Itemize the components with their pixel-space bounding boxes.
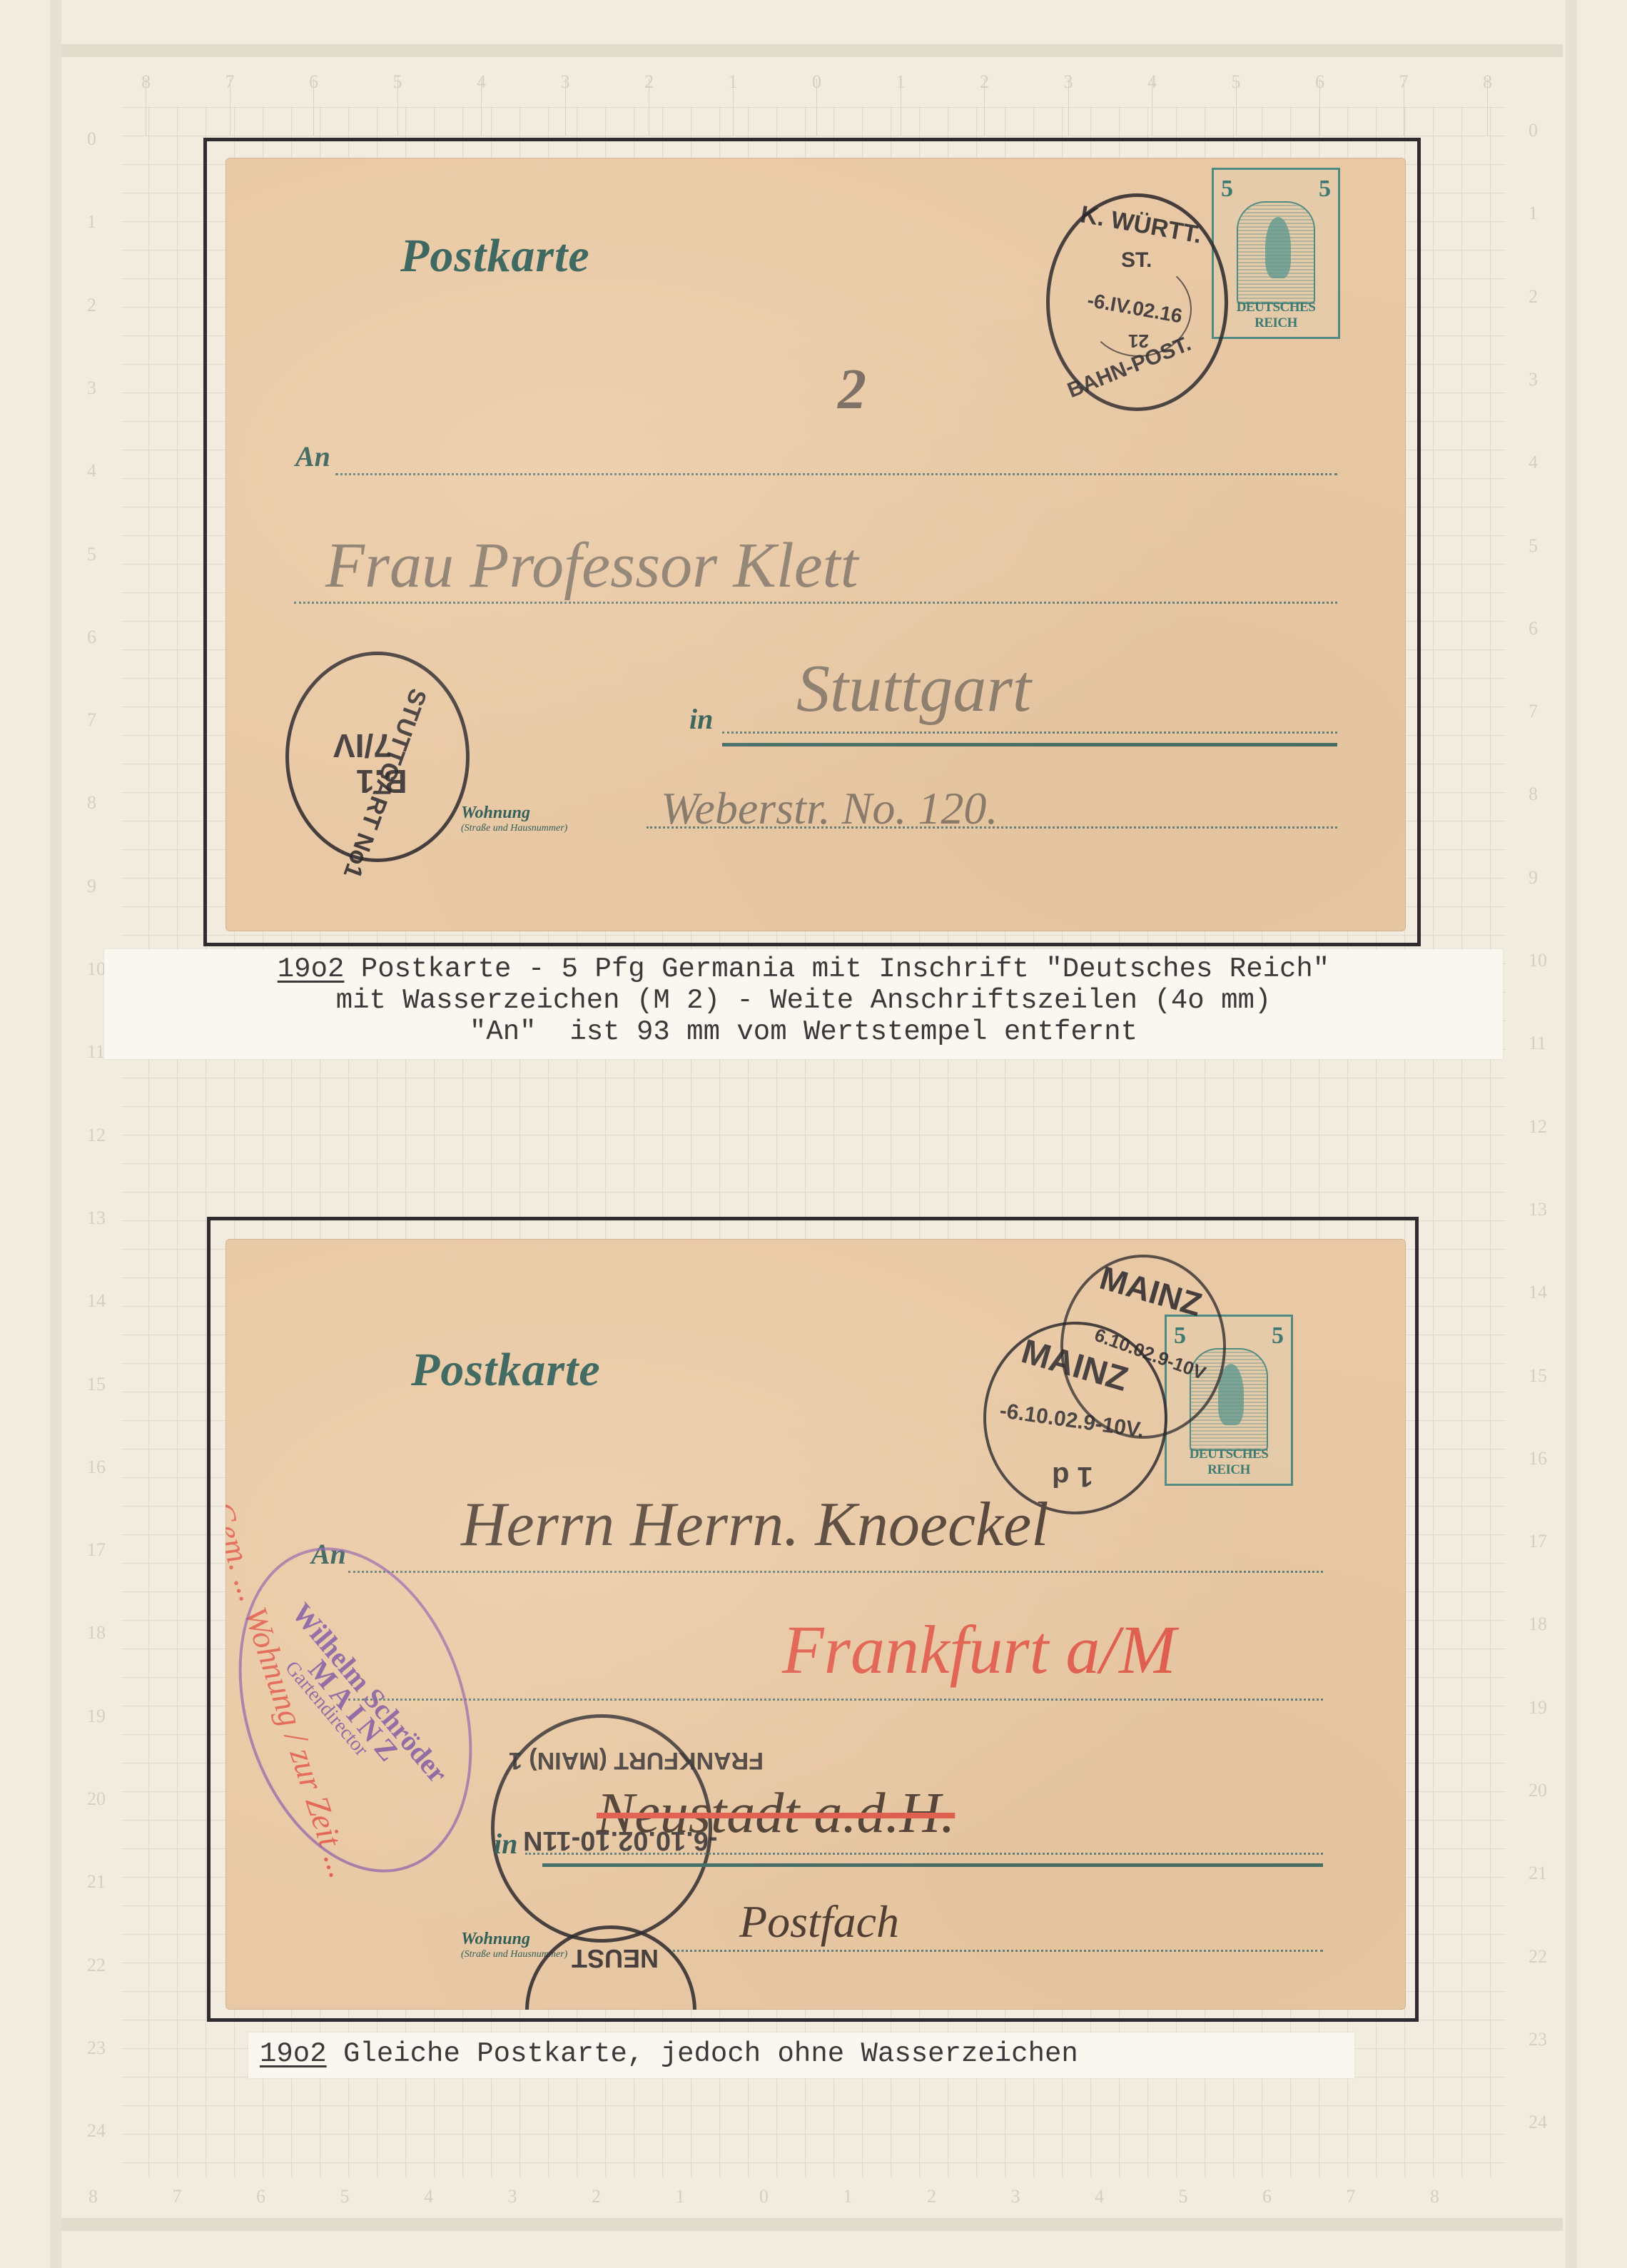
ruler-tick	[1068, 79, 1069, 136]
stamp-value-right: 5	[1319, 176, 1331, 203]
ruler-left-label: 8	[87, 792, 96, 814]
ruler-tick	[481, 79, 482, 136]
stamp-value-right: 5	[1272, 1322, 1284, 1350]
address-line-2	[294, 602, 1337, 604]
page-fold-top	[50, 44, 1563, 57]
ruler-tick	[313, 79, 314, 136]
ruler-bottom-label: 8	[1430, 2186, 1439, 2207]
page-fold-bottom	[50, 2218, 1563, 2231]
ruler-right-label: 23	[1529, 2029, 1547, 2050]
ruler-tick	[901, 79, 901, 136]
ruler-bottom-label: 0	[759, 2186, 769, 2207]
ruler-left-label: 4	[87, 460, 96, 482]
ruler-tick	[1404, 79, 1404, 136]
ruler-left-label: 19	[87, 1706, 106, 1727]
caption-2-year: 19o2	[260, 2038, 327, 2070]
ruler-right-label: 24	[1529, 2112, 1547, 2133]
ruler-left-label: 12	[87, 1125, 106, 1146]
postmark-stuttgart: 7/IV B.1 STUTTGART No1	[285, 652, 470, 862]
ruler-right-label: 8	[1529, 784, 1538, 805]
ruler-right-label: 10	[1529, 950, 1547, 971]
address-line-2	[348, 1699, 1323, 1701]
label-in: in	[494, 1827, 517, 1861]
address-street: Weberstr. No. 120.	[661, 782, 998, 835]
ruler-left-label: 21	[87, 1871, 106, 1893]
ruler-bottom-label: 6	[256, 2186, 265, 2207]
ruler-left-label: 0	[87, 128, 96, 150]
ruler-right-label: 2	[1529, 286, 1538, 308]
ruler-left-label: 3	[87, 378, 96, 399]
ruler-tick	[1152, 79, 1152, 136]
ruler-left-label: 2	[87, 295, 96, 316]
ruler-right-label: 22	[1529, 1946, 1547, 1968]
ruler-right-label: 3	[1529, 369, 1538, 390]
ruler-left-label: 9	[87, 876, 96, 897]
ruler-bottom-label: 6	[1262, 2186, 1272, 2207]
ruler-right-label: 6	[1529, 618, 1538, 639]
label-in: in	[689, 702, 713, 736]
ruler-right-label: 19	[1529, 1697, 1547, 1718]
germania-portrait-icon	[1237, 201, 1315, 304]
page-fold-left	[50, 0, 61, 2268]
ruler-bottom-label: 4	[1095, 2186, 1104, 2207]
ruler-tick	[816, 79, 817, 136]
ruler-right-label: 14	[1529, 1282, 1547, 1303]
ruler-bottom-label: 3	[1011, 2186, 1020, 2207]
postcard-title: Postkarte	[411, 1343, 601, 1397]
ruler-bottom-label: 5	[340, 2186, 350, 2207]
ruler-left-label: 14	[87, 1290, 106, 1312]
caption-1-year: 19o2	[278, 953, 345, 985]
postcard-1: Postkarte 5 5 DEUTSCHES REICH K. WÜRTT. …	[225, 158, 1406, 931]
label-wohnung: Wohnung (Straße und Hausnummer)	[461, 804, 567, 834]
ruler-left-label: 11	[87, 1041, 105, 1063]
label-an: An	[295, 440, 330, 473]
ruler-tick	[1319, 79, 1320, 136]
address-line-1	[348, 1571, 1323, 1573]
ruler-bottom-label: 2	[927, 2186, 936, 2207]
ruler-left-label: 22	[87, 1955, 106, 1976]
ruler-right-label: 20	[1529, 1780, 1547, 1801]
page-fold-right	[1566, 0, 1577, 2268]
address-redirect-red: Frankfurt a/M	[782, 1610, 1176, 1689]
ruler-bottom-label: 5	[1179, 2186, 1188, 2207]
address-line-1	[335, 473, 1337, 475]
pencil-number-mark: 2	[838, 358, 866, 422]
ruler-left-label: 13	[87, 1208, 106, 1229]
ruler-tick	[1236, 79, 1237, 136]
ruler-bottom-label: 1	[676, 2186, 685, 2207]
ruler-right-label: 7	[1529, 701, 1538, 722]
ruler-tick	[984, 79, 985, 136]
ruler-left-label: 24	[87, 2120, 106, 2142]
sender-handstamp: Wilhelm Schröder Gartendirector MAINZ	[225, 1517, 512, 1903]
ruler-right-label: 9	[1529, 867, 1538, 889]
ruler-tick	[146, 79, 146, 136]
ruler-bottom-label: 2	[592, 2186, 601, 2207]
address-postfach: Postfach	[739, 1895, 899, 1948]
ruler-bottom-label: 1	[843, 2186, 853, 2207]
ruler-right-label: 21	[1529, 1863, 1547, 1884]
ruler-right-label: 1	[1529, 203, 1538, 224]
ruler-left-label: 10	[87, 958, 106, 980]
ruler-left-label: 20	[87, 1788, 106, 1810]
ruler-left-label: 1	[87, 211, 96, 233]
ruler-bottom-label: 7	[1347, 2186, 1356, 2207]
ruler-left-label: 16	[87, 1457, 106, 1478]
caption-1-line-3: "An" ist 93 mm vom Wertstempel entfernt	[104, 1016, 1503, 1048]
caption-1-line-2: mit Wasserzeichen (M 2) - Weite Anschrif…	[104, 985, 1503, 1016]
address-line-4	[668, 1950, 1323, 1952]
address-line-3	[722, 731, 1337, 734]
stamp-value-left: 5	[1221, 176, 1233, 203]
ruler-bottom-label: 4	[424, 2186, 433, 2207]
ruler-right-label: 16	[1529, 1448, 1547, 1469]
ruler-right-label: 5	[1529, 535, 1538, 557]
ruler-bottom-label: 3	[508, 2186, 517, 2207]
ruler-tick	[397, 79, 398, 136]
ruler-tick	[565, 79, 566, 136]
ruler-tick	[1487, 79, 1488, 136]
ruler-tick	[733, 79, 734, 136]
ruler-left-label: 18	[87, 1622, 106, 1644]
ruler-right-label: 15	[1529, 1365, 1547, 1387]
caption-2: 19o2 Gleiche Postkarte, jedoch ohne Wass…	[248, 2032, 1354, 2078]
ruler-tick	[649, 79, 649, 136]
ruler-left-label: 15	[87, 1374, 106, 1395]
ruler-tick	[230, 79, 230, 136]
address-struck-through: Neustadt a.d.H.	[597, 1781, 955, 1846]
ruler-right-label: 17	[1529, 1531, 1547, 1552]
ruler-left-label: 17	[87, 1539, 106, 1561]
ruler-right-label: 11	[1529, 1033, 1546, 1054]
address-line-3	[525, 1853, 1323, 1855]
caption-1: 19o2 Postkarte - 5 Pfg Germania mit Insc…	[104, 949, 1503, 1059]
ruler-left-label: 5	[87, 544, 96, 565]
postmark-bahnpost: K. WÜRTT. ST. -6.IV.02.16 21 BAHN-POST.	[1046, 193, 1228, 411]
address-town-underline	[722, 743, 1337, 746]
postcard-2: Postkarte 5 5 DEUTSCHES REICH MAINZ 6.10…	[225, 1239, 1406, 2010]
ruler-right-label: 18	[1529, 1614, 1547, 1635]
ruler-left-label: 6	[87, 627, 96, 648]
address-recipient: Herrn Herrn. Knoeckel	[461, 1489, 1049, 1561]
address-town-underline	[542, 1863, 1323, 1867]
ruler-left-label: 23	[87, 2037, 106, 2059]
ruler-right-label: 0	[1529, 120, 1538, 141]
ruler-bottom-label: 8	[88, 2186, 98, 2207]
caption-2-text: Gleiche Postkarte, jedoch ohne Wasserzei…	[327, 2038, 1078, 2070]
ruler-left-label: 7	[87, 709, 96, 731]
caption-1-line-1: Postkarte - 5 Pfg Germania mit Inschrift…	[344, 953, 1329, 985]
address-recipient: Frau Professor Klett	[325, 529, 858, 602]
postmark-mainz-lower: MAINZ -6.10.02.9-10V. 1 d	[983, 1322, 1167, 1514]
stamp-inscription: DEUTSCHES REICH	[1214, 300, 1338, 331]
address-city: Stuttgart	[796, 650, 1031, 727]
stamp-inscription: DEUTSCHES REICH	[1167, 1447, 1291, 1478]
ruler-bottom-label: 7	[173, 2186, 182, 2207]
postcard-title: Postkarte	[400, 229, 590, 283]
ruler-right-label: 12	[1529, 1116, 1547, 1138]
germania-stamp: 5 5 DEUTSCHES REICH	[1212, 168, 1340, 339]
ruler-right-label: 4	[1529, 452, 1538, 473]
ruler-right-label: 13	[1529, 1199, 1547, 1220]
